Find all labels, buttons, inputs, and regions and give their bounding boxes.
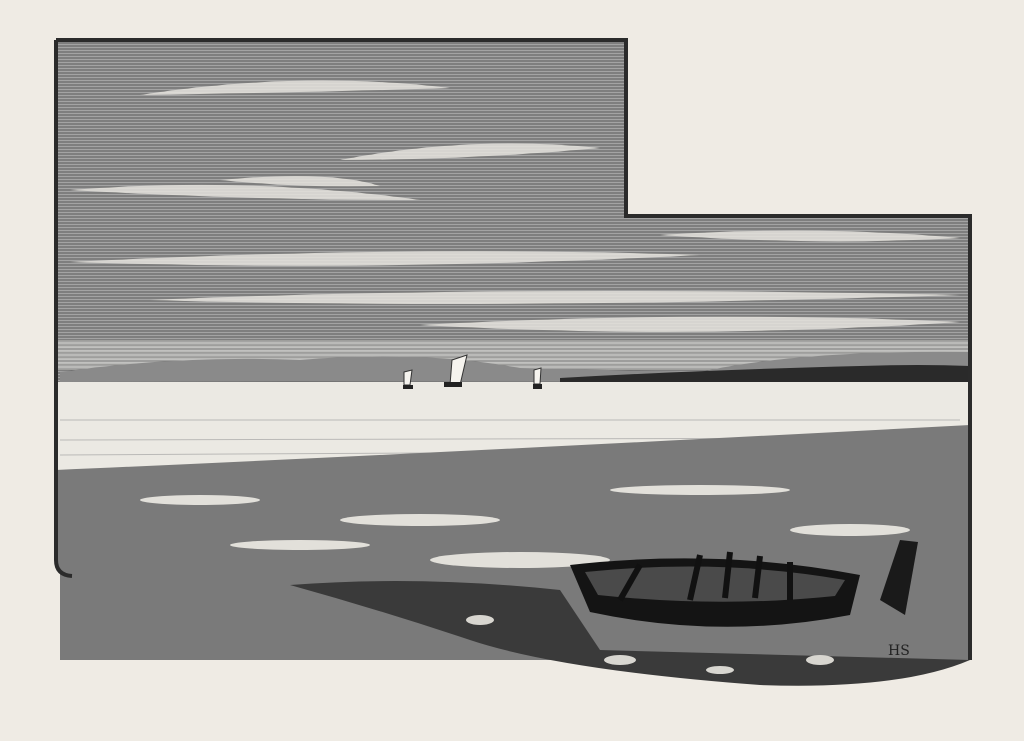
picture-area xyxy=(56,40,976,660)
engraving-illustration: HS xyxy=(0,0,1024,741)
artist-signature: HS xyxy=(888,643,910,659)
